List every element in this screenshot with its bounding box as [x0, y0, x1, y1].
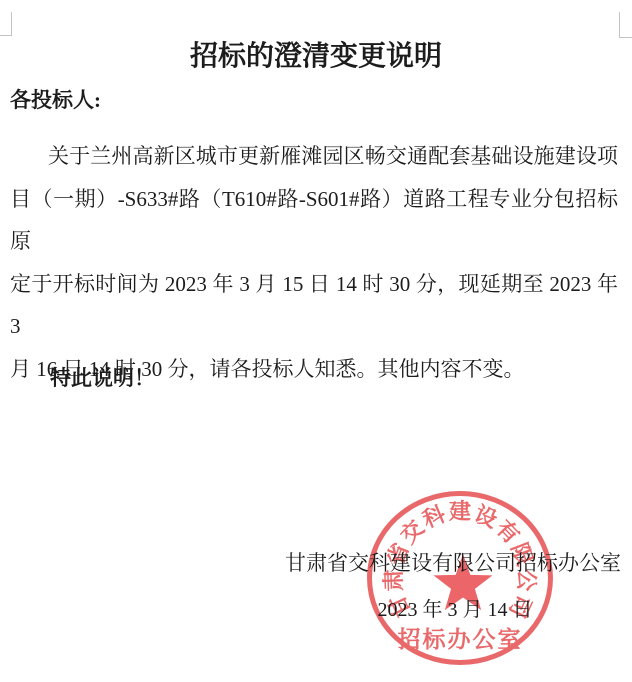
signature-company: 甘肃省交科建设有限公司招标办公室 — [285, 551, 621, 575]
company-seal: 甘肃省交科建设有限公司 招标办公室 — [367, 491, 553, 665]
document-page: 招标的澄清变更说明 各投标人: 关于兰州高新区城市更新雁滩园区畅交通配套基础设施… — [0, 0, 632, 682]
body-paragraph: 关于兰州高新区城市更新雁滩园区畅交通配套基础设施建设项 目（一期）-S633#路… — [10, 135, 618, 390]
document-title: 招标的澄清变更说明 — [0, 41, 632, 73]
margin-corner-mark-top-right — [619, 12, 632, 38]
body-line: 定于开标时间为 2023 年 3 月 15 日 14 时 30 分，现延期至 2… — [10, 263, 618, 348]
body-line: 关于兰州高新区城市更新雁滩园区畅交通配套基础设施建设项 — [10, 135, 618, 178]
closing-statement: 特此说明！ — [50, 366, 155, 390]
body-line: 目（一期）-S633#路（T610#路-S601#路）道路工程专业分包招标原 — [10, 178, 618, 263]
salutation: 各投标人: — [10, 88, 101, 112]
margin-corner-mark-top-left — [0, 12, 12, 36]
seal-office-text: 招标办公室 — [372, 621, 548, 654]
signature-date: 2023 年 3 月 14 日 — [290, 599, 620, 621]
